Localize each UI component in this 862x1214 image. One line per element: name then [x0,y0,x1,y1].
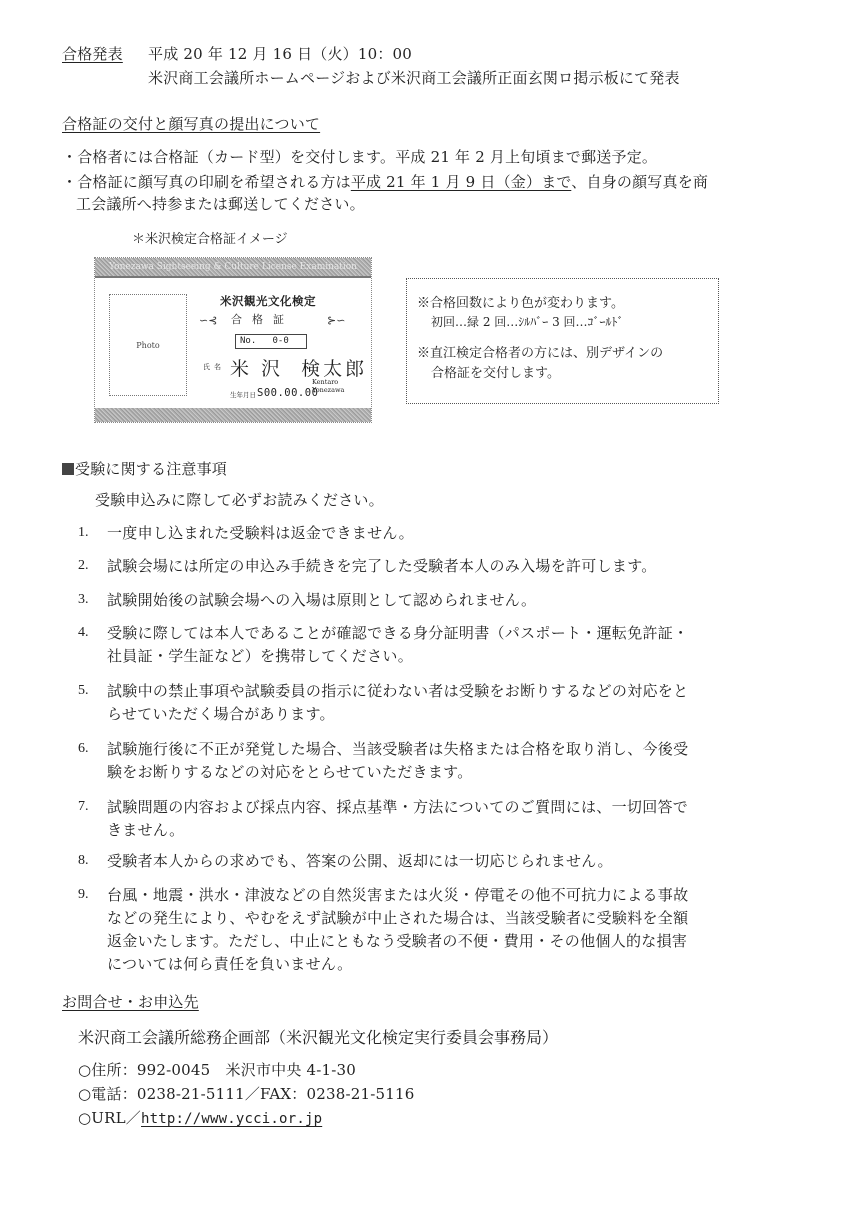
notices-heading: 受験に関する注意事項 [62,459,227,479]
note-line-2: 初回…緑 2 回…ｼﾙﾊﾞｰ 3 回…ｺﾞｰﾙﾄﾞ [431,314,624,331]
card-name-romaji: Kentaro Yonezawa [312,378,371,394]
notice-text: 受験者本人からの求めでも、答案の公開、返却には一切応じられません。 [107,850,613,872]
certificate-card-image: Yonezawa Sightseeing & Culture License E… [94,257,372,423]
notices-intro: 受験申込みに際して必ずお読みください。 [95,490,384,510]
notice-text: については何ら責任を負いません。 [107,953,352,975]
notice-text: 返金いたします。ただし、中止にともなう受験者の不便・費用・その他個人的な損害 [107,930,687,952]
bullet-2-text-cont: 、自身の顔写真を商 [571,173,708,191]
certificate-bullet-2-continuation: 工会議所へ持参または郵送してください。 [76,194,365,214]
notice-text: らせていただく場合があります。 [107,703,335,725]
card-number: No. 0-0 [235,334,307,349]
flourish-left-icon: ∽⊰ [199,314,217,327]
notice-text: 試験会場には所定の申込み手続きを完了した受験者本人のみ入場を許可します。 [107,555,657,577]
notice-text: 台風・地震・洪水・津波などの自然災害または火災・停電その他不可抗力による事故 [107,884,688,906]
notice-text: 試験中の禁止事項や試験委員の指示に従わない者は受験をお断りするなどの対応をと [107,680,688,702]
card-image-caption: ＊米沢検定合格証イメージ [132,228,288,247]
card-footer-band [95,408,371,422]
note-line-3: ※直江検定合格者の方には、別デザインの [417,345,663,362]
card-subtitle: 合格証 [231,311,294,327]
contact-address: ○住所：992-0045 米沢市中央 4-1-30 [78,1060,356,1080]
card-photo-placeholder: Photo [109,294,187,396]
notice-number: 5. [78,683,89,699]
notices-heading-label: 受験に関する注意事項 [75,460,227,478]
notice-text: 試験問題の内容および採点内容、採点基準・方法についてのご質問には、一切回答で [107,796,688,818]
notice-number: 3. [78,592,89,608]
notice-number: 8. [78,853,89,869]
certificate-section-heading: 合格証の交付と顔写真の提出について [62,114,320,134]
bullet-2-text: ・合格証に顔写真の印刷を希望される方は [62,173,351,191]
contact-phone: ○電話：0238-21-5111／FAX：0238-21-5116 [78,1084,414,1104]
announcement-heading-label: 合格発表 [62,45,123,63]
notice-text: 受験に際しては本人であることが確認できる身分証明書（パスポート・運転免許証・ [107,622,688,644]
certificate-bullet-2: ・合格証に顔写真の印刷を希望される方は平成 21 年 1 月 9 日（金）まで、… [62,172,708,192]
note-line-4: 合格証を交付します。 [431,365,560,382]
notice-text: 社員証・学生証など）を携帯してください。 [107,645,413,667]
notice-number: 9. [78,887,89,903]
contact-url-row: ○URL／http://www.ycci.or.jp [78,1108,322,1129]
card-name-label: 氏名 [203,362,225,372]
contact-org: 米沢商工会議所総務企画部（米沢観光文化検定実行委員会事務局） [78,1025,558,1048]
notice-number: 7. [78,799,89,815]
notice-text: 一度申し込まれた受験料は返金できません。 [107,522,414,544]
certificate-bullet-1: ・合格者には合格証（カード型）を交付します。平成 21 年 2 月上旬頃まで郵送… [62,147,657,167]
card-dob: S00.00.00 [257,387,318,399]
square-bullet-icon [62,463,74,475]
card-name: 米 沢 検太郎 [230,354,367,381]
contact-url-label: ○URL／ [78,1109,141,1127]
card-dob-label: 生年月日 [230,390,256,399]
photo-deadline-date: 平成 21 年 1 月 9 日（金）まで [351,173,571,191]
notice-number: 1. [78,525,89,541]
contact-url-link[interactable]: http://www.ycci.or.jp [141,1111,322,1127]
card-header-band: Yonezawa Sightseeing & Culture License E… [95,258,371,278]
announcement-heading: 合格発表 [62,44,123,64]
notice-number: 2. [78,558,89,574]
flourish-right-icon: ⊱∽ [327,314,345,327]
contact-heading: お問合せ・お申込先 [62,992,199,1012]
notice-text: きません。 [107,819,184,841]
note-line-1: ※合格回数により色が変わります。 [417,295,624,312]
card-title: 米沢観光文化検定 [220,293,316,309]
notice-number: 4. [78,625,89,641]
card-color-note-box: ※合格回数により色が変わります。 初回…緑 2 回…ｼﾙﾊﾞｰ 3 回…ｺﾞｰﾙ… [406,278,719,404]
notice-text: などの発生により、やむをえず試験が中止された場合は、当該受験者に受験料を全額 [107,907,688,929]
announcement-datetime: 平成 20 年 12 月 16 日（火）10：00 [148,44,412,64]
notice-text: 験をお断りするなどの対応をとらせていただきます。 [107,761,473,783]
card-photo-label: Photo [136,341,159,350]
notice-text: 試験開始後の試験会場への入場は原則として認められません。 [107,589,536,611]
announcement-place: 米沢商工会議所ホームページおよび米沢商工会議所正面玄関ロ掲示板にて発表 [148,68,680,88]
notice-number: 6. [78,741,89,757]
notice-text: 試験施行後に不正が発覚した場合、当該受験者は失格または合格を取り消し、今後受 [107,738,688,760]
